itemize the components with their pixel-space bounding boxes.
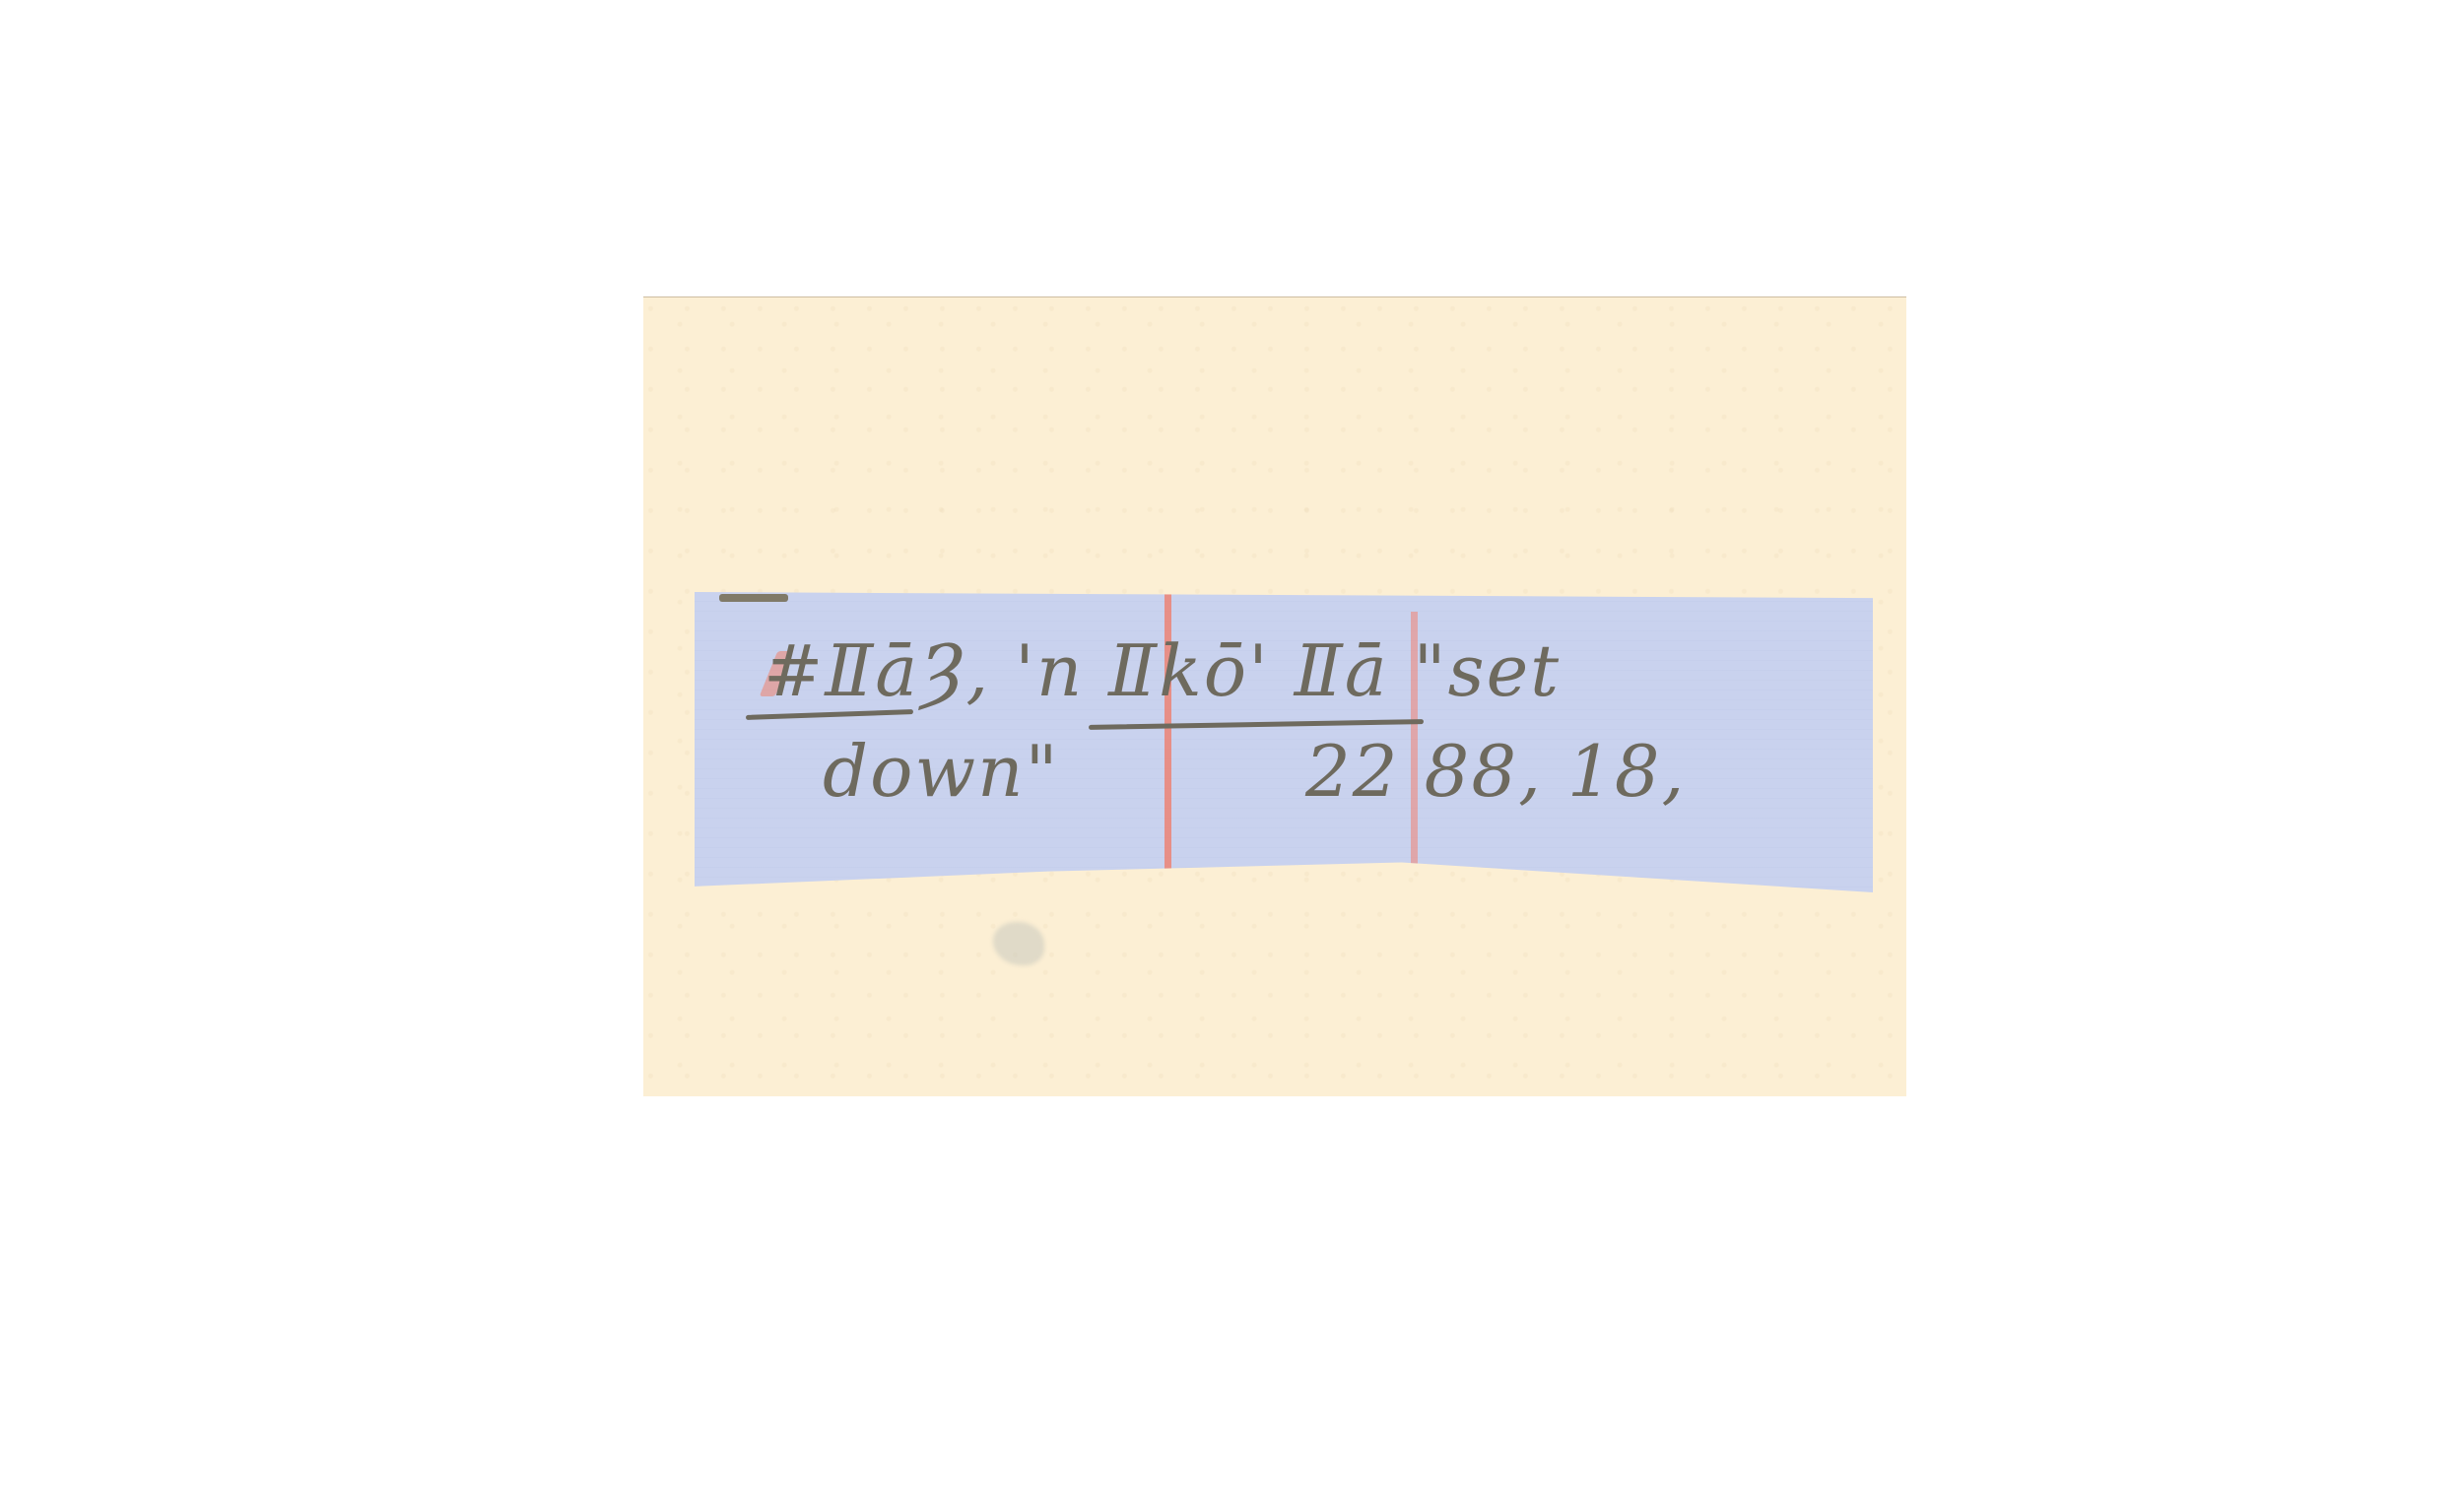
pasted-blue-strip: #ⅡāȜ, 'n Ⅱkō' Ⅱā "set down" 22 88, 18, [695,592,1873,892]
handwritten-line-1: #ⅡāȜ, 'n Ⅱkō' Ⅱā "set [764,629,1561,712]
handwritten-line-2: down" [823,730,1060,813]
handwritten-numbers: 22 88, 18, [1305,730,1686,813]
ink-smudge [719,594,788,602]
paper-stain [993,922,1044,965]
document-card: #ⅡāȜ, 'n Ⅱkō' Ⅱā "set down" 22 88, 18, [643,296,1906,1096]
